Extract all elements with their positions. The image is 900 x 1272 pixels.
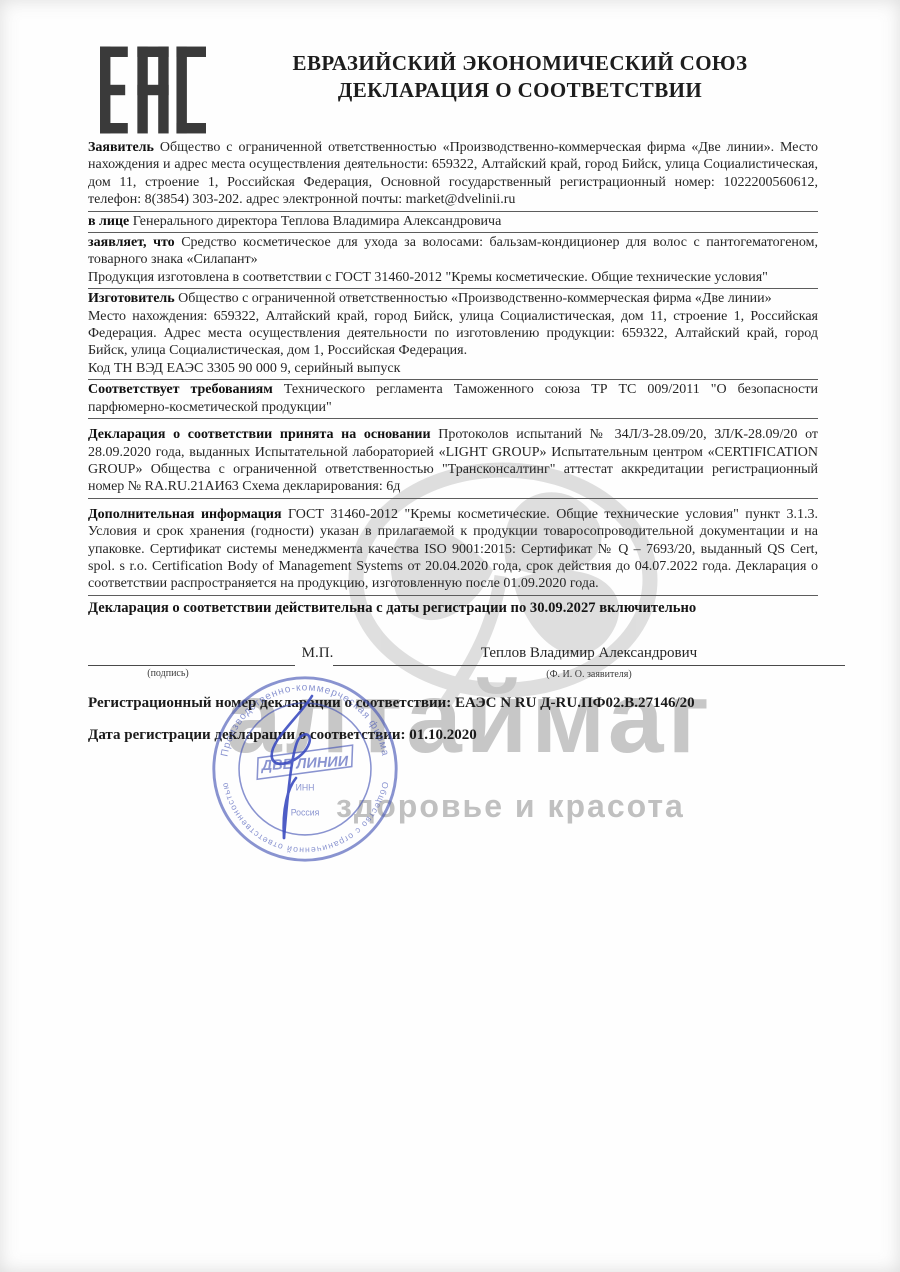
name-caption: (Ф. И. О. заявителя) [333, 669, 845, 680]
title-declaration: ДЕКЛАРАЦИЯ О СООТВЕТСТВИИ [220, 77, 820, 104]
section-in-person: в лице Генерального директора Теплова Вл… [88, 212, 818, 233]
document-body: Заявитель Общество с ограниченной ответс… [88, 138, 818, 744]
section-declarant: Заявитель Общество с ограниченной ответс… [88, 138, 818, 212]
declares-text2: Продукция изготовлена в соответствии с Г… [88, 269, 818, 286]
declares-label: заявляет, что [88, 235, 175, 250]
manufacturer-text3: Код ТН ВЭД ЕАЭС 3305 90 000 9, серийный … [88, 360, 818, 377]
basis-label: Декларация о соответствии принята на осн… [88, 427, 431, 442]
declaration-document: алтаймаг здоровье и красота ЕВРАЗИЙСКИЙ … [0, 0, 900, 1272]
name-line [333, 665, 845, 666]
section-basis: Декларация о соответствии принята на осн… [88, 419, 818, 499]
handwritten-signature [248, 690, 348, 850]
manufacturer-text2: Место нахождения: 659322, Алтайский край… [88, 308, 818, 360]
section-complies: Соответствует требованиям Технического р… [88, 380, 818, 419]
signature-line [88, 665, 295, 666]
section-declares: заявляет, что Средство косметическое для… [88, 233, 818, 289]
section-manufacturer: Изготовитель Общество с ограниченной отв… [88, 289, 818, 380]
registration-date-value: 01.10.2020 [409, 727, 477, 743]
complies-label: Соответствует требованиям [88, 382, 273, 397]
eac-mark-icon [100, 44, 206, 136]
in-person-text: Генерального директора Теплова Владимира… [133, 214, 502, 229]
manufacturer-label: Изготовитель [88, 291, 175, 306]
declares-text: Средство косметическое для ухода за воло… [88, 235, 818, 267]
declarant-label: Заявитель [88, 140, 154, 155]
declarant-text: Общество с ограниченной ответственностью… [88, 140, 818, 207]
document-title: ЕВРАЗИЙСКИЙ ЭКОНОМИЧЕСКИЙ СОЮЗ ДЕКЛАРАЦИ… [220, 50, 820, 104]
signature-area: (подпись) М.П. Теплов Владимир Александр… [88, 619, 818, 689]
validity-text: Декларация о соответствии действительна … [88, 600, 818, 617]
registration-number-value: ЕАЭС N RU Д-RU.ПФ02.В.27146/20 [455, 695, 695, 711]
declarant-name: Теплов Владимир Александрович [333, 645, 845, 662]
section-validity: Декларация о соответствии действительна … [88, 596, 818, 619]
in-person-label: в лице [88, 214, 129, 229]
title-union: ЕВРАЗИЙСКИЙ ЭКОНОМИЧЕСКИЙ СОЮЗ [220, 50, 820, 77]
manufacturer-text: Общество с ограниченной ответственностью… [178, 291, 772, 306]
additional-info-label: Дополнительная информация [88, 507, 282, 522]
registration-number-row: Регистрационный номер декларации о соотв… [88, 695, 818, 712]
section-additional-info: Дополнительная информация ГОСТ 31460-201… [88, 499, 818, 596]
registration-date-row: Дата регистрации декларации о соответств… [88, 727, 818, 744]
